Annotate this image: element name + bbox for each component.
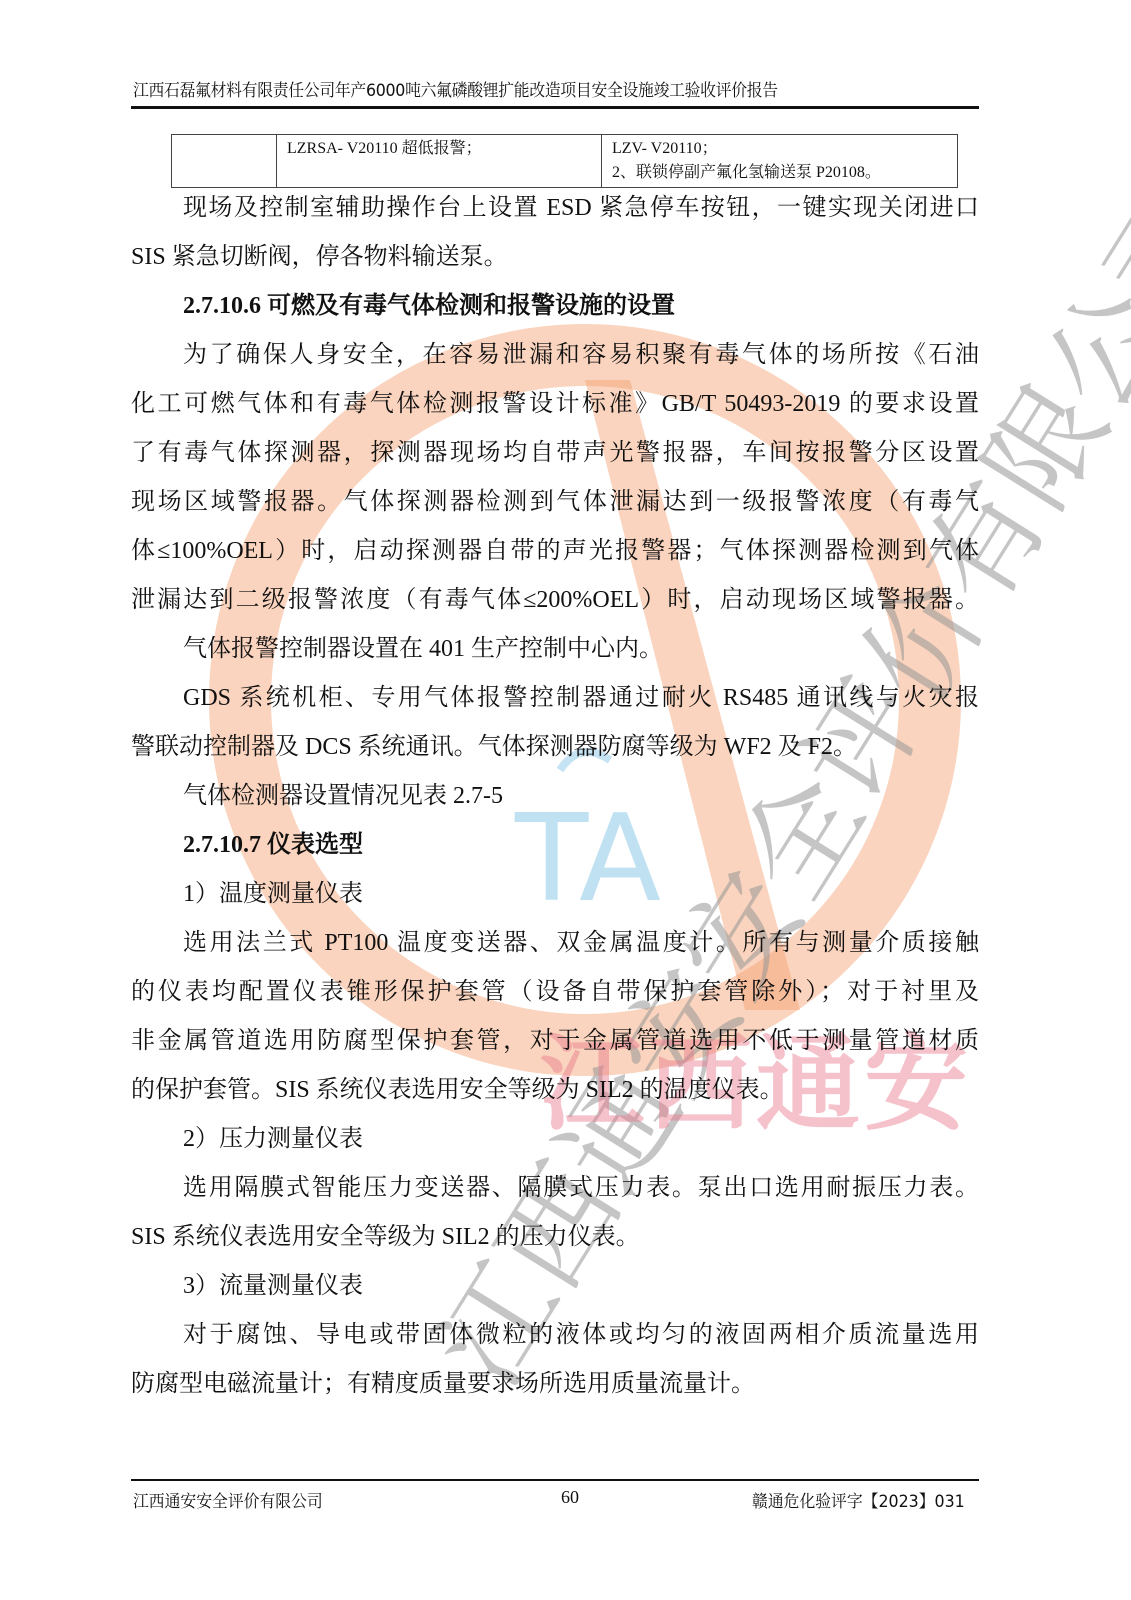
paragraph-line: SIS 系统仪表选用安全等级为 SIL2 的压力仪表。 (131, 1213, 979, 1262)
paragraph-line: 泄漏达到二级报警浓度（有毒气体≤200%OEL）时，启动现场区域警报器。 (131, 576, 979, 625)
paragraph-line: 防腐型电磁流量计；有精度质量要求场所选用质量流量计。 (131, 1360, 979, 1409)
paragraph-line: 体≤100%OEL）时，启动探测器自带的声光报警器；气体探测器检测到气体 (131, 527, 979, 576)
continued-table: LZRSA- V20110 超低报警； LZV- V20110； 2、联锁停副产… (171, 134, 958, 188)
paragraph-line: 非金属管道选用防腐型保护套管，对于金属管道选用不低于测量管道材质 (131, 1017, 979, 1066)
cell-line: LZV- V20110； (612, 137, 947, 161)
section-heading: 2.7.10.7 仪表选型 (131, 821, 979, 870)
paragraph-line: 了有毒气体探测器，探测器现场均自带声光警报器，车间按报警分区设置 (131, 429, 979, 478)
subsection-title: 2）压力测量仪表 (131, 1115, 979, 1164)
paragraph-line: SIS 紧急切断阀，停各物料输送泵。 (131, 233, 979, 282)
paragraph-line: 为了确保人身安全，在容易泄漏和容易积聚有毒气体的场所按《石油 (131, 331, 979, 380)
cell-line: 2、联锁停副产氟化氢输送泵 P20108。 (612, 161, 947, 185)
paragraph-line: 选用隔膜式智能压力变送器、隔膜式压力表。泵出口选用耐振压力表。 (131, 1164, 979, 1213)
subsection-title: 3）流量测量仪表 (131, 1262, 979, 1311)
paragraph-line: 对于腐蚀、导电或带固体微粒的液体或均匀的液固两相介质流量选用 (131, 1311, 979, 1360)
paragraph-line: 选用法兰式 PT100 温度变送器、双金属温度计。所有与测量介质接触 (131, 919, 979, 968)
subsection-title: 1）温度测量仪表 (131, 870, 979, 919)
paragraph-line: 警联动控制器及 DCS 系统通讯。气体探测器防腐等级为 WF2 及 F2。 (131, 723, 979, 772)
document-number: 赣通危化验评字【2023】031 (752, 1487, 965, 1512)
page-footer: 江西通安安全评价有限公司 60 赣通危化验评字【2023】031 (131, 1479, 979, 1521)
body-text: 现场及控制室辅助操作台上设置 ESD 紧急停车按钮，一键实现关闭进口 SIS 紧… (131, 184, 979, 1409)
paragraph-line: 的仪表均配置仪表锥形保护套管（设备自带保护套管除外）；对于衬里及 (131, 968, 979, 1017)
paragraph-line: 气体报警控制器设置在 401 生产控制中心内。 (131, 625, 979, 674)
paragraph-line: GDS 系统机柜、专用气体报警控制器通过耐火 RS485 通讯线与火灾报 (131, 674, 979, 723)
paragraph-line: 现场区域警报器。气体探测器检测到气体泄漏达到一级报警浓度（有毒气 (131, 478, 979, 527)
table-cell: LZRSA- V20110 超低报警； (277, 135, 602, 188)
paragraph-line: 现场及控制室辅助操作台上设置 ESD 紧急停车按钮，一键实现关闭进口 (131, 184, 979, 233)
page-number: 60 (561, 1487, 579, 1508)
table-cell: LZV- V20110； 2、联锁停副产氟化氢输送泵 P20108。 (602, 135, 958, 188)
paragraph-line: 的保护套管。SIS 系统仪表选用安全等级为 SIL2 的温度仪表。 (131, 1066, 979, 1115)
page-header: 江西石磊氟材料有限责任公司年产6000吨六氟磷酸锂扩能改造项目安全设施竣工验收评… (131, 76, 979, 109)
report-title: 江西石磊氟材料有限责任公司年产6000吨六氟磷酸锂扩能改造项目安全设施竣工验收评… (133, 76, 778, 101)
footer-company: 江西通安安全评价有限公司 (133, 1487, 323, 1512)
section-heading: 2.7.10.6 可燃及有毒气体检测和报警设施的设置 (131, 282, 979, 331)
paragraph-line: 化工可燃气体和有毒气体检测报警设计标准》GB/T 50493-2019 的要求设… (131, 380, 979, 429)
table-cell (172, 135, 277, 188)
table-row: LZRSA- V20110 超低报警； LZV- V20110； 2、联锁停副产… (172, 135, 958, 188)
table-reference: 气体检测器设置情况见表 2.7-5 (131, 772, 979, 821)
